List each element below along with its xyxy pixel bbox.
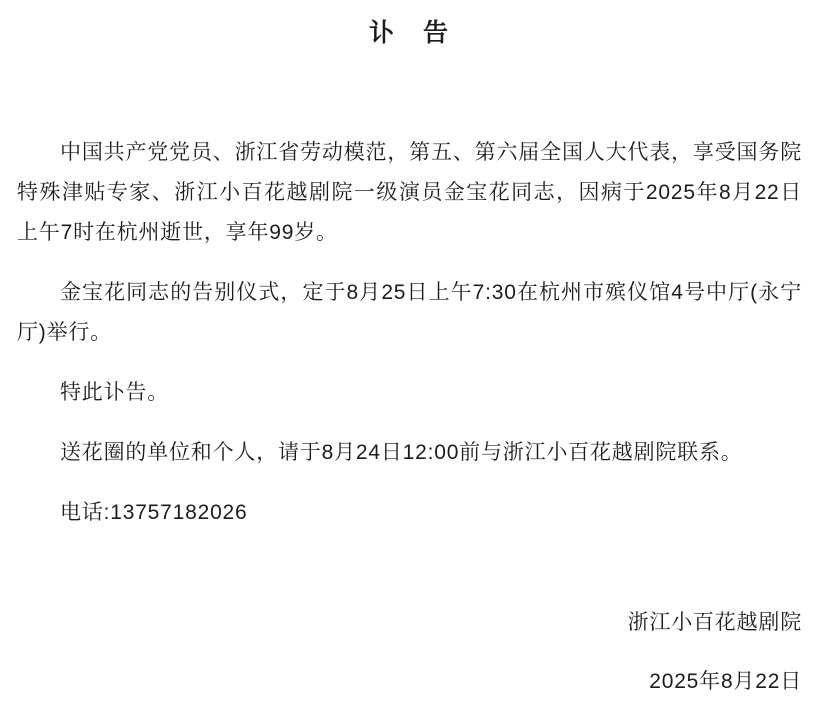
paragraph-line: 上午7时在杭州逝世，享年99岁。: [17, 213, 802, 253]
paragraph-line: 厅)举行。: [17, 313, 802, 353]
document-title: 讣 告: [17, 15, 802, 51]
obituary-document: 讣 告 中国共产党党员、浙江省劳动模范，第五、第六届全国人大代表，享受国务院 特…: [0, 0, 822, 725]
paragraph-line: 送花圈的单位和个人，请于8月24日12:00前与浙江小百花越剧院联系。: [17, 433, 802, 473]
paragraph-line: 特此讣告。: [17, 373, 802, 413]
paragraph-phone: 电话:13757182026: [17, 493, 802, 533]
signature-date: 2025年8月22日: [17, 662, 802, 702]
signature-organization: 浙江小百花越剧院: [17, 603, 802, 643]
paragraph-hereby-announce: 特此讣告。: [17, 373, 802, 413]
paragraph-farewell-ceremony: 金宝花同志的告别仪式，定于8月25日上午7:30在杭州市殡仪馆4号中厅(永宁 厅…: [17, 273, 802, 353]
paragraph-line: 特殊津贴专家、浙江小百花越剧院一级演员金宝花同志，因病于2025年8月22日: [17, 173, 802, 213]
paragraph-line: 中国共产党党员、浙江省劳动模范，第五、第六届全国人大代表，享受国务院: [17, 133, 802, 173]
signature-block: 浙江小百花越剧院 2025年8月22日: [17, 603, 802, 702]
paragraph-deceased-intro: 中国共产党党员、浙江省劳动模范，第五、第六届全国人大代表，享受国务院 特殊津贴专…: [17, 133, 802, 253]
phone-number-line: 电话:13757182026: [17, 493, 802, 533]
paragraph-wreath-contact: 送花圈的单位和个人，请于8月24日12:00前与浙江小百花越剧院联系。: [17, 433, 802, 473]
paragraph-line: 金宝花同志的告别仪式，定于8月25日上午7:30在杭州市殡仪馆4号中厅(永宁: [17, 273, 802, 313]
